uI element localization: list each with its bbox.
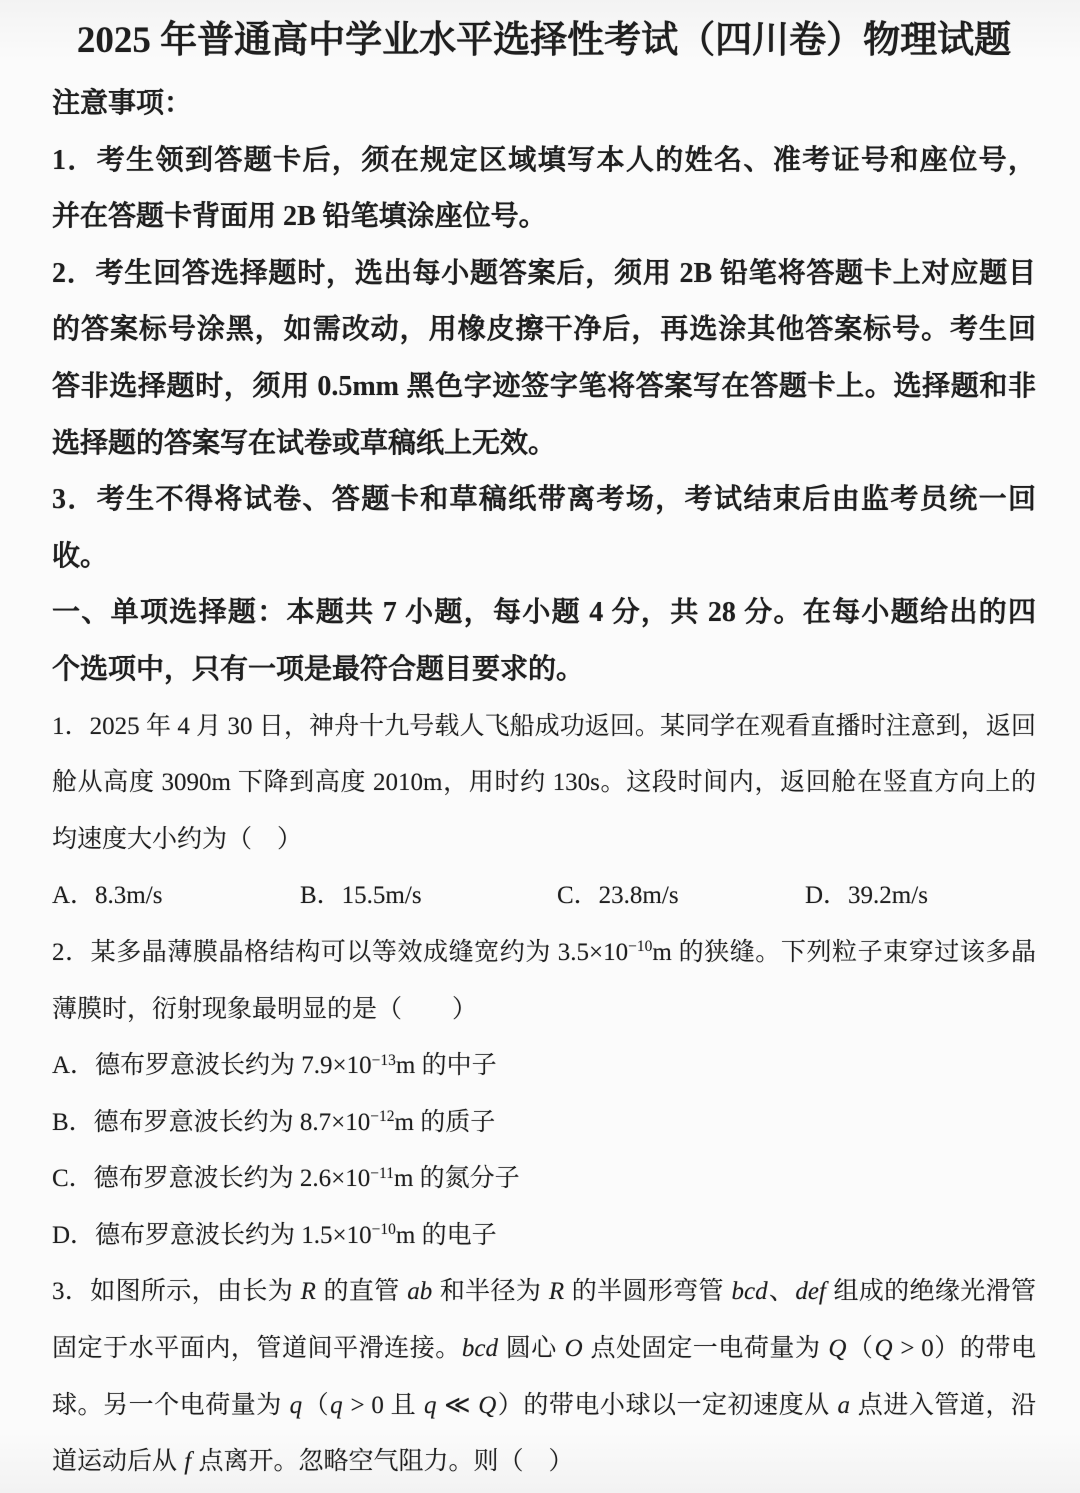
- question-1-line-2: 舱从高度 3090m 下降到高度 2010m，用时约 130s。这段时间内，返回…: [52, 755, 1036, 812]
- paper-title: 2025 年普通高中学业水平选择性考试（四川卷）物理试题: [52, 0, 1036, 76]
- question-2-line-1: 2．某多晶薄膜晶格结构可以等效成缝宽约为 3.5×10−10m 的狭缝。下列粒子…: [52, 925, 1036, 982]
- question-1-option-a: A．8.3m/s: [52, 868, 300, 925]
- notice-2-line-1: 2．考生回答选择题时，选出每小题答案后，须用 2B 铅笔将答题卡上对应题目: [52, 246, 1036, 303]
- question-2-option-a: A．德布罗意波长约为 7.9×10−13m 的中子: [52, 1038, 1036, 1095]
- notice-3-line-2: 收。: [52, 529, 1036, 586]
- section-1-header-line-1: 一、单项选择题：本题共 7 小题，每小题 4 分，共 28 分。在每小题给出的四: [52, 585, 1036, 642]
- notice-1-line-2: 并在答题卡背面用 2B 铅笔填涂座位号。: [52, 189, 1036, 246]
- question-2-line-2: 薄膜时，衍射现象最明显的是（ ）: [52, 982, 1036, 1039]
- notice-2-line-4: 选择题的答案写在试卷或草稿纸上无效。: [52, 416, 1036, 473]
- question-3-line-2: 固定于水平面内，管道间平滑连接。bcd 圆心 O 点处固定一电荷量为 Q（Q >…: [52, 1321, 1036, 1378]
- section-1-header-line-2: 个选项中，只有一项是最符合题目要求的。: [52, 642, 1036, 699]
- notice-3-line-1: 3．考生不得将试卷、答题卡和草稿纸带离考场，考试结束后由监考员统一回: [52, 472, 1036, 529]
- notice-heading: 注意事项：: [52, 76, 1036, 133]
- exam-paper: 2025 年普通高中学业水平选择性考试（四川卷）物理试题 注意事项： 1．考生领…: [0, 0, 1080, 1493]
- notice-1-line-1: 1．考生领到答题卡后，须在规定区域填写本人的姓名、准考证号和座位号，: [52, 133, 1036, 190]
- question-3-line-1: 3．如图所示，由长为 R 的直管 ab 和半径为 R 的半圆形弯管 bcd、de…: [52, 1264, 1036, 1321]
- notice-2-line-2: 的答案标号涂黑，如需改动，用橡皮擦干净后，再选涂其他答案标号。考生回: [52, 302, 1036, 359]
- question-1-option-b: B．15.5m/s: [300, 868, 557, 925]
- notice-2-line-3: 答非选择题时，须用 0.5mm 黑色字迹签字笔将答案写在答题卡上。选择题和非: [52, 359, 1036, 416]
- question-1-option-c: C．23.8m/s: [557, 868, 805, 925]
- question-1-line-3: 均速度大小约为（ ）: [52, 812, 1036, 869]
- question-2-option-b: B．德布罗意波长约为 8.7×10−12m 的质子: [52, 1095, 1036, 1152]
- question-2-option-d: D．德布罗意波长约为 1.5×10−10m 的电子: [52, 1208, 1036, 1265]
- question-2-option-c: C．德布罗意波长约为 2.6×10−11m 的氮分子: [52, 1151, 1036, 1208]
- question-3-line-3: 球。另一个电荷量为 q（q > 0 且 q ≪ Q）的带电小球以一定初速度从 a…: [52, 1378, 1036, 1435]
- question-1-option-d: D．39.2m/s: [805, 868, 1036, 925]
- question-1-line-1: 1．2025 年 4 月 30 日，神舟十九号载人飞船成功返回。某同学在观看直播…: [52, 699, 1036, 756]
- question-1-options: A．8.3m/s B．15.5m/s C．23.8m/s D．39.2m/s: [52, 868, 1036, 925]
- question-3-line-4: 道运动后从 f 点离开。忽略空气阻力。则（ ）: [52, 1434, 1036, 1491]
